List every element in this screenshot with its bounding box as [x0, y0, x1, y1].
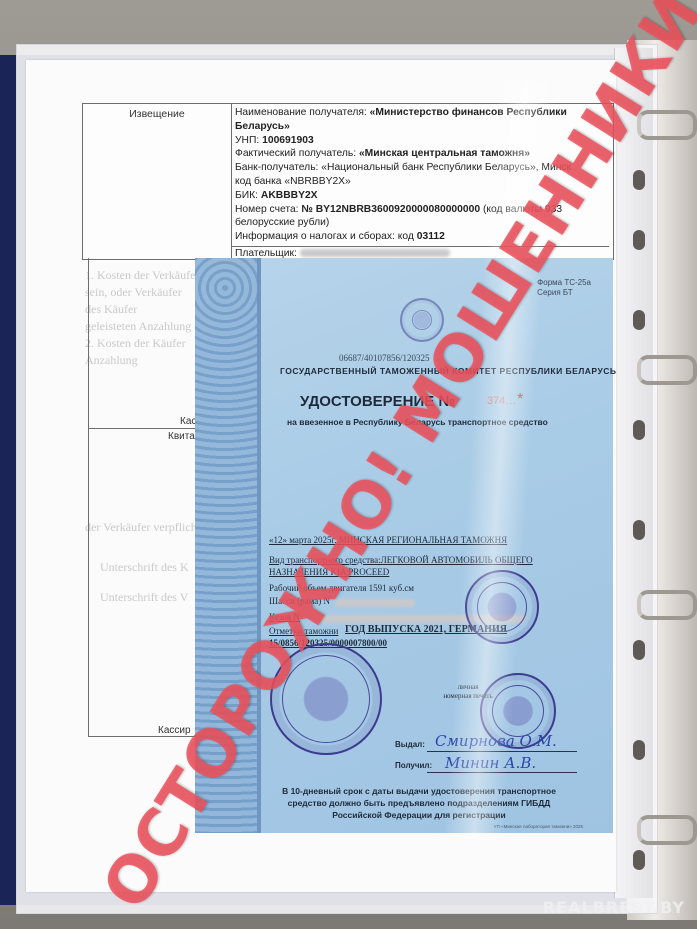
punch-hole — [633, 850, 645, 870]
punch-hole — [633, 420, 645, 440]
site-watermark: REALBREST.BY — [543, 898, 685, 917]
punch-hole — [633, 640, 645, 660]
tax-value: 03112 — [417, 231, 445, 242]
account-value: № BY12NBRB3600920000080000000 — [301, 204, 480, 215]
unp-value: 100691903 — [262, 135, 314, 146]
tax-label: Информация о налогах и сборах: код — [235, 231, 414, 242]
binder-ring — [637, 355, 697, 385]
issued-label: Выдал: — [395, 740, 425, 749]
recipient-label: Наименование получателя: — [235, 107, 367, 118]
binder-ring — [637, 815, 697, 845]
bik-value: AKBBBY2X — [261, 190, 318, 201]
punch-hole — [633, 230, 645, 250]
print-note: УП «Минская лаборатория таможни» 2025 — [494, 824, 583, 829]
notice-label: Извещение — [83, 108, 231, 120]
payer-redacted — [300, 249, 450, 257]
receipt-notice-column: Извещение — [83, 104, 232, 259]
account-label: Номер счета: — [235, 204, 299, 215]
binder-ring — [637, 590, 697, 620]
received-label: Получил: — [395, 761, 432, 770]
punch-hole — [633, 170, 645, 190]
certificate-footer-note: В 10-дневный срок с даты выдачи удостове… — [195, 785, 613, 821]
bank-label: Банк-получатель: — [235, 162, 318, 173]
punch-hole — [633, 740, 645, 760]
punch-hole — [633, 520, 645, 540]
actual-recipient-label: Фактический получатель: — [235, 148, 356, 159]
bik-label: БИК: — [235, 190, 258, 201]
unp-label: УНП: — [235, 135, 259, 146]
punch-hole — [633, 310, 645, 330]
